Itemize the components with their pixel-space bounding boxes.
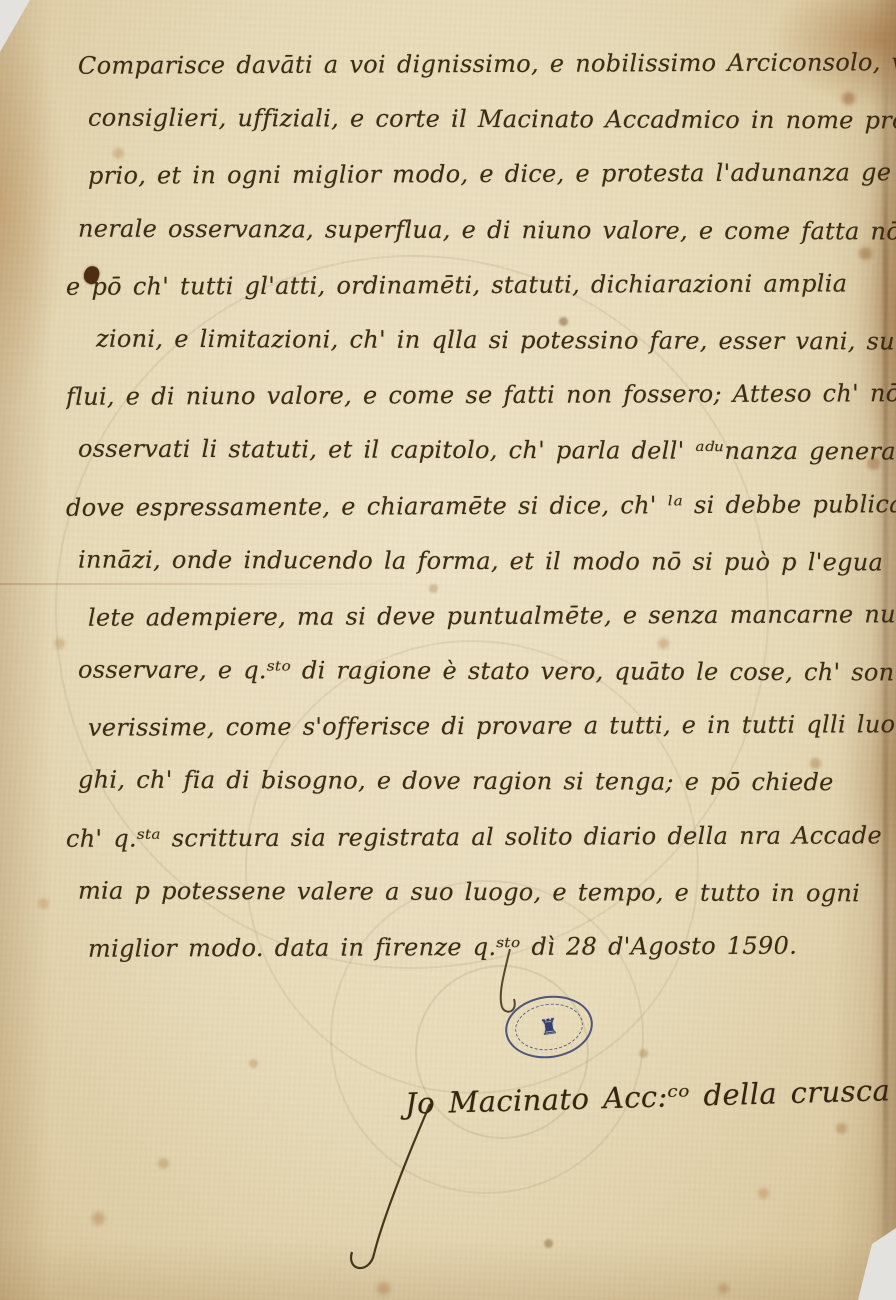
manuscript-line: nerale osservanza, superflua, e di niuno… (66, 200, 896, 258)
library-stamp: ♜ (501, 990, 597, 1064)
manuscript-line: ch' q.ˢᵗᵃ scrittura sia registrata al so… (66, 807, 896, 866)
manuscript-line: e pō ch' tutti gl'atti, ordinamēti, stat… (66, 255, 896, 314)
manuscript-text: Comparisce davāti a voi dignissimo, e no… (66, 36, 896, 974)
manuscript-line: lete adempiere, ma si deve puntualmēte, … (66, 586, 896, 645)
manuscript-line: zioni, e limitazioni, ch' in qlla si pot… (66, 310, 896, 368)
manuscript-paper: Comparisce davāti a voi dignissimo, e no… (0, 0, 896, 1300)
manuscript-line: ghi, ch' fia di bisogno, e dove ragion s… (66, 752, 896, 810)
manuscript-line: Comparisce davāti a voi dignissimo, e no… (66, 34, 896, 93)
manuscript-line: osservati li statuti, et il capitolo, ch… (66, 421, 896, 479)
manuscript-line: miglior modo. data in firenze q.ˢᵗᵒ dì 2… (66, 917, 896, 976)
manuscript-line: consiglieri, uffiziali, e corte il Macin… (66, 90, 896, 148)
manuscript-line: verissime, come s'offerisce di provare a… (66, 696, 896, 755)
manuscript-line: flui, e di niuno valore, e come se fatti… (66, 365, 896, 424)
stamp-emblem-icon: ♜ (501, 990, 597, 1064)
manuscript-line: osservare, e q.ˢᵗᵒ di ragione è stato ve… (66, 642, 896, 700)
manuscript-line: dove espressamente, e chiaramēte si dice… (66, 476, 896, 535)
manuscript-line: mia p potessene valere a suo luogo, e te… (66, 862, 896, 920)
manuscript-line: prio, et in ogni miglior modo, e dice, e… (66, 145, 896, 204)
manuscript-line: innāzi, onde inducendo la forma, et il m… (66, 531, 896, 589)
manuscript-scan: Comparisce davāti a voi dignissimo, e no… (0, 0, 896, 1300)
